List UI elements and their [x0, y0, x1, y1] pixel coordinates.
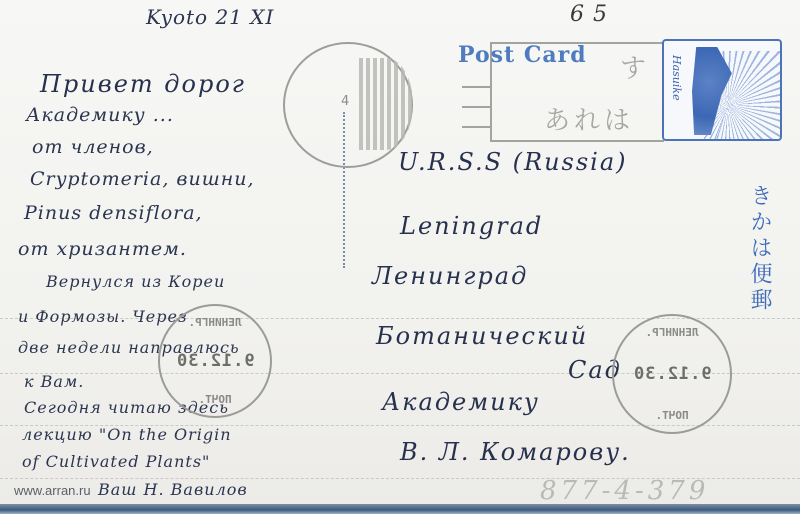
price-mark: 6 5: [570, 2, 608, 27]
message-line: Привет дорог: [40, 70, 246, 98]
post-card-title: Post Card: [458, 42, 587, 68]
signature: Ваш Н. Вавилов: [98, 480, 248, 499]
postmark-arc-bottom: ПОЧТ.: [614, 409, 730, 422]
scan-edge: [0, 504, 800, 514]
address-line: Академику: [382, 388, 540, 416]
message-line: от членов,: [32, 136, 154, 158]
stamp-box-japanese: あれは: [544, 100, 634, 137]
address-line: Ленинград: [372, 262, 528, 290]
address-line: Ботанический: [376, 322, 588, 350]
stamp-signature: Hasuike: [670, 55, 683, 101]
leningrad-postmark-left: ЛЕНИНГР. 9.12.30 ПОЧТ.: [158, 304, 272, 418]
postcard: Kyoto 21 XI 6 5 4 す あれは Post Card Hasuik…: [0, 0, 800, 505]
postmark-arc-top: ЛЕНИНГР.: [614, 326, 730, 339]
message-line: Cryptomeria, вишни,: [30, 168, 255, 190]
japanese-postcard-label: きかは便郵: [744, 184, 775, 314]
message-line: лекцию "On the Origin: [22, 425, 232, 444]
location-date: Kyoto 21 XI: [146, 5, 274, 29]
archive-number: 877-4-379: [540, 476, 709, 506]
message-line: Академику ...: [26, 104, 174, 126]
cancel-bars: [359, 58, 413, 150]
japanese-postmark: 4: [283, 42, 413, 168]
stamp-box-char: す: [620, 48, 646, 85]
leningrad-postmark-right: ЛЕНИНГР. 9.12.30 ПОЧТ.: [612, 314, 732, 434]
postage-stamp: Hasuike: [662, 39, 782, 141]
address-line: U.R.S.S (Russia): [398, 148, 628, 176]
cancel-lines: [462, 86, 490, 146]
postmark-date: 9.12.30: [176, 351, 255, 371]
postmark-arc-top: ЛЕНИНГР.: [160, 316, 270, 329]
message-line: Вернулся из Кореи: [46, 272, 225, 291]
address-line: В. Л. Комарову.: [400, 438, 631, 466]
address-line: Leningrad: [400, 212, 543, 240]
postmark-number: 4: [341, 94, 349, 109]
message-line: Pinus densiflora,: [24, 202, 203, 224]
message-line: of Cultivated Plants": [22, 452, 210, 471]
postmark-date: 9.12.30: [633, 364, 712, 384]
message-line: к Вам.: [24, 372, 84, 391]
postmark-arc-bottom: ПОЧТ.: [160, 393, 270, 406]
watermark: www.arran.ru: [14, 483, 91, 498]
message-line: от хризантем.: [18, 238, 187, 260]
